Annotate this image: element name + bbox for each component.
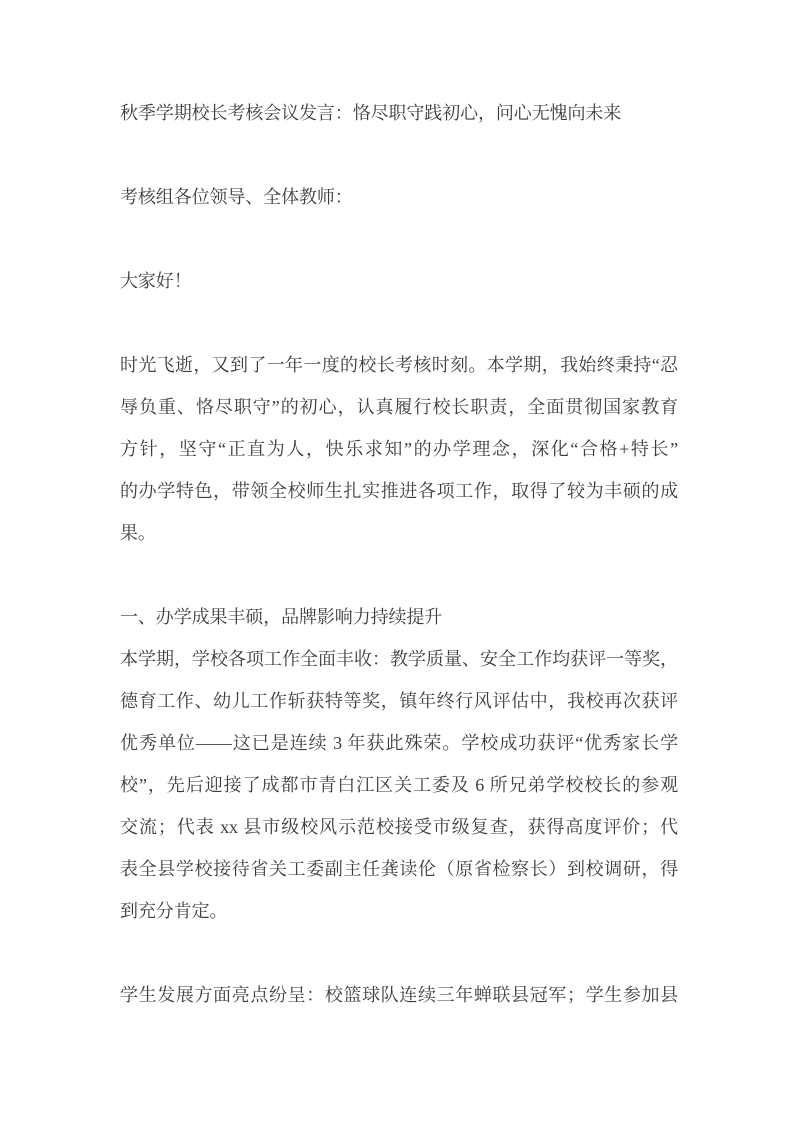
title-block: 秋季学期校长考核会议发言：恪尽职守践初心，问心无愧向未来 <box>120 92 678 134</box>
text-line: 校”，先后迎接了成都市青白江区关工委及 6 所兄弟学校校长的参观 <box>120 764 678 806</box>
text-line: 德育工作、幼儿工作斩获特等奖，镇年终行风评估中，我校再次获评 <box>120 680 678 722</box>
document-content: 秋季学期校长考核会议发言：恪尽职守践初心，问心无愧向未来 考核组各位领导、全体教… <box>120 92 678 1016</box>
paragraph-students: 学生发展方面亮点纷呈：校篮球队连续三年蝉联县冠军；学生参加县 <box>120 974 678 1016</box>
salutation: 考核组各位领导、全体教师： <box>120 176 678 218</box>
greeting: 大家好！ <box>120 260 678 302</box>
text-line: 本学期，学校各项工作全面丰收：教学质量、安全工作均获评一等奖， <box>120 638 678 680</box>
text-line: 辱负重、恪尽职守”的初心，认真履行校长职责，全面贯彻国家教育 <box>120 386 678 428</box>
salutation-block: 考核组各位领导、全体教师： <box>120 176 678 218</box>
text-line: 表全县学校接待省关工委副主任龚读伦（原省检察长）到校调研，得 <box>120 848 678 890</box>
text-line: 学生发展方面亮点纷呈：校篮球队连续三年蝉联县冠军；学生参加县 <box>120 974 678 1016</box>
text-line: 的办学特色，带领全校师生扎实推进各项工作，取得了较为丰硕的成 <box>120 470 678 512</box>
text-line: 方针，坚守“正直为人，快乐求知”的办学理念，深化“合格+特长” <box>120 428 678 470</box>
text-line: 交流；代表 xx 县市级校风示范校接受市级复查，获得高度评价；代 <box>120 806 678 848</box>
greeting-block: 大家好！ <box>120 260 678 302</box>
text-line: 果。 <box>120 512 678 554</box>
document-title: 秋季学期校长考核会议发言：恪尽职守践初心，问心无愧向未来 <box>120 92 678 134</box>
text-line: 优秀单位——这已是连续 3 年获此殊荣。学校成功获评“优秀家长学 <box>120 722 678 764</box>
paragraph-intro: 时光飞逝，又到了一年一度的校长考核时刻。本学期，我始终秉持“忍 辱负重、恪尽职守… <box>120 344 678 554</box>
document-page: 秋季学期校长考核会议发言：恪尽职守践初心，问心无愧向未来 考核组各位领导、全体教… <box>0 0 793 1122</box>
paragraph-section-one: 一、办学成果丰硕，品牌影响力持续提升 本学期，学校各项工作全面丰收：教学质量、安… <box>120 596 678 932</box>
text-line: 到充分肯定。 <box>120 890 678 932</box>
section-heading: 一、办学成果丰硕，品牌影响力持续提升 <box>120 596 678 638</box>
text-line: 时光飞逝，又到了一年一度的校长考核时刻。本学期，我始终秉持“忍 <box>120 344 678 386</box>
